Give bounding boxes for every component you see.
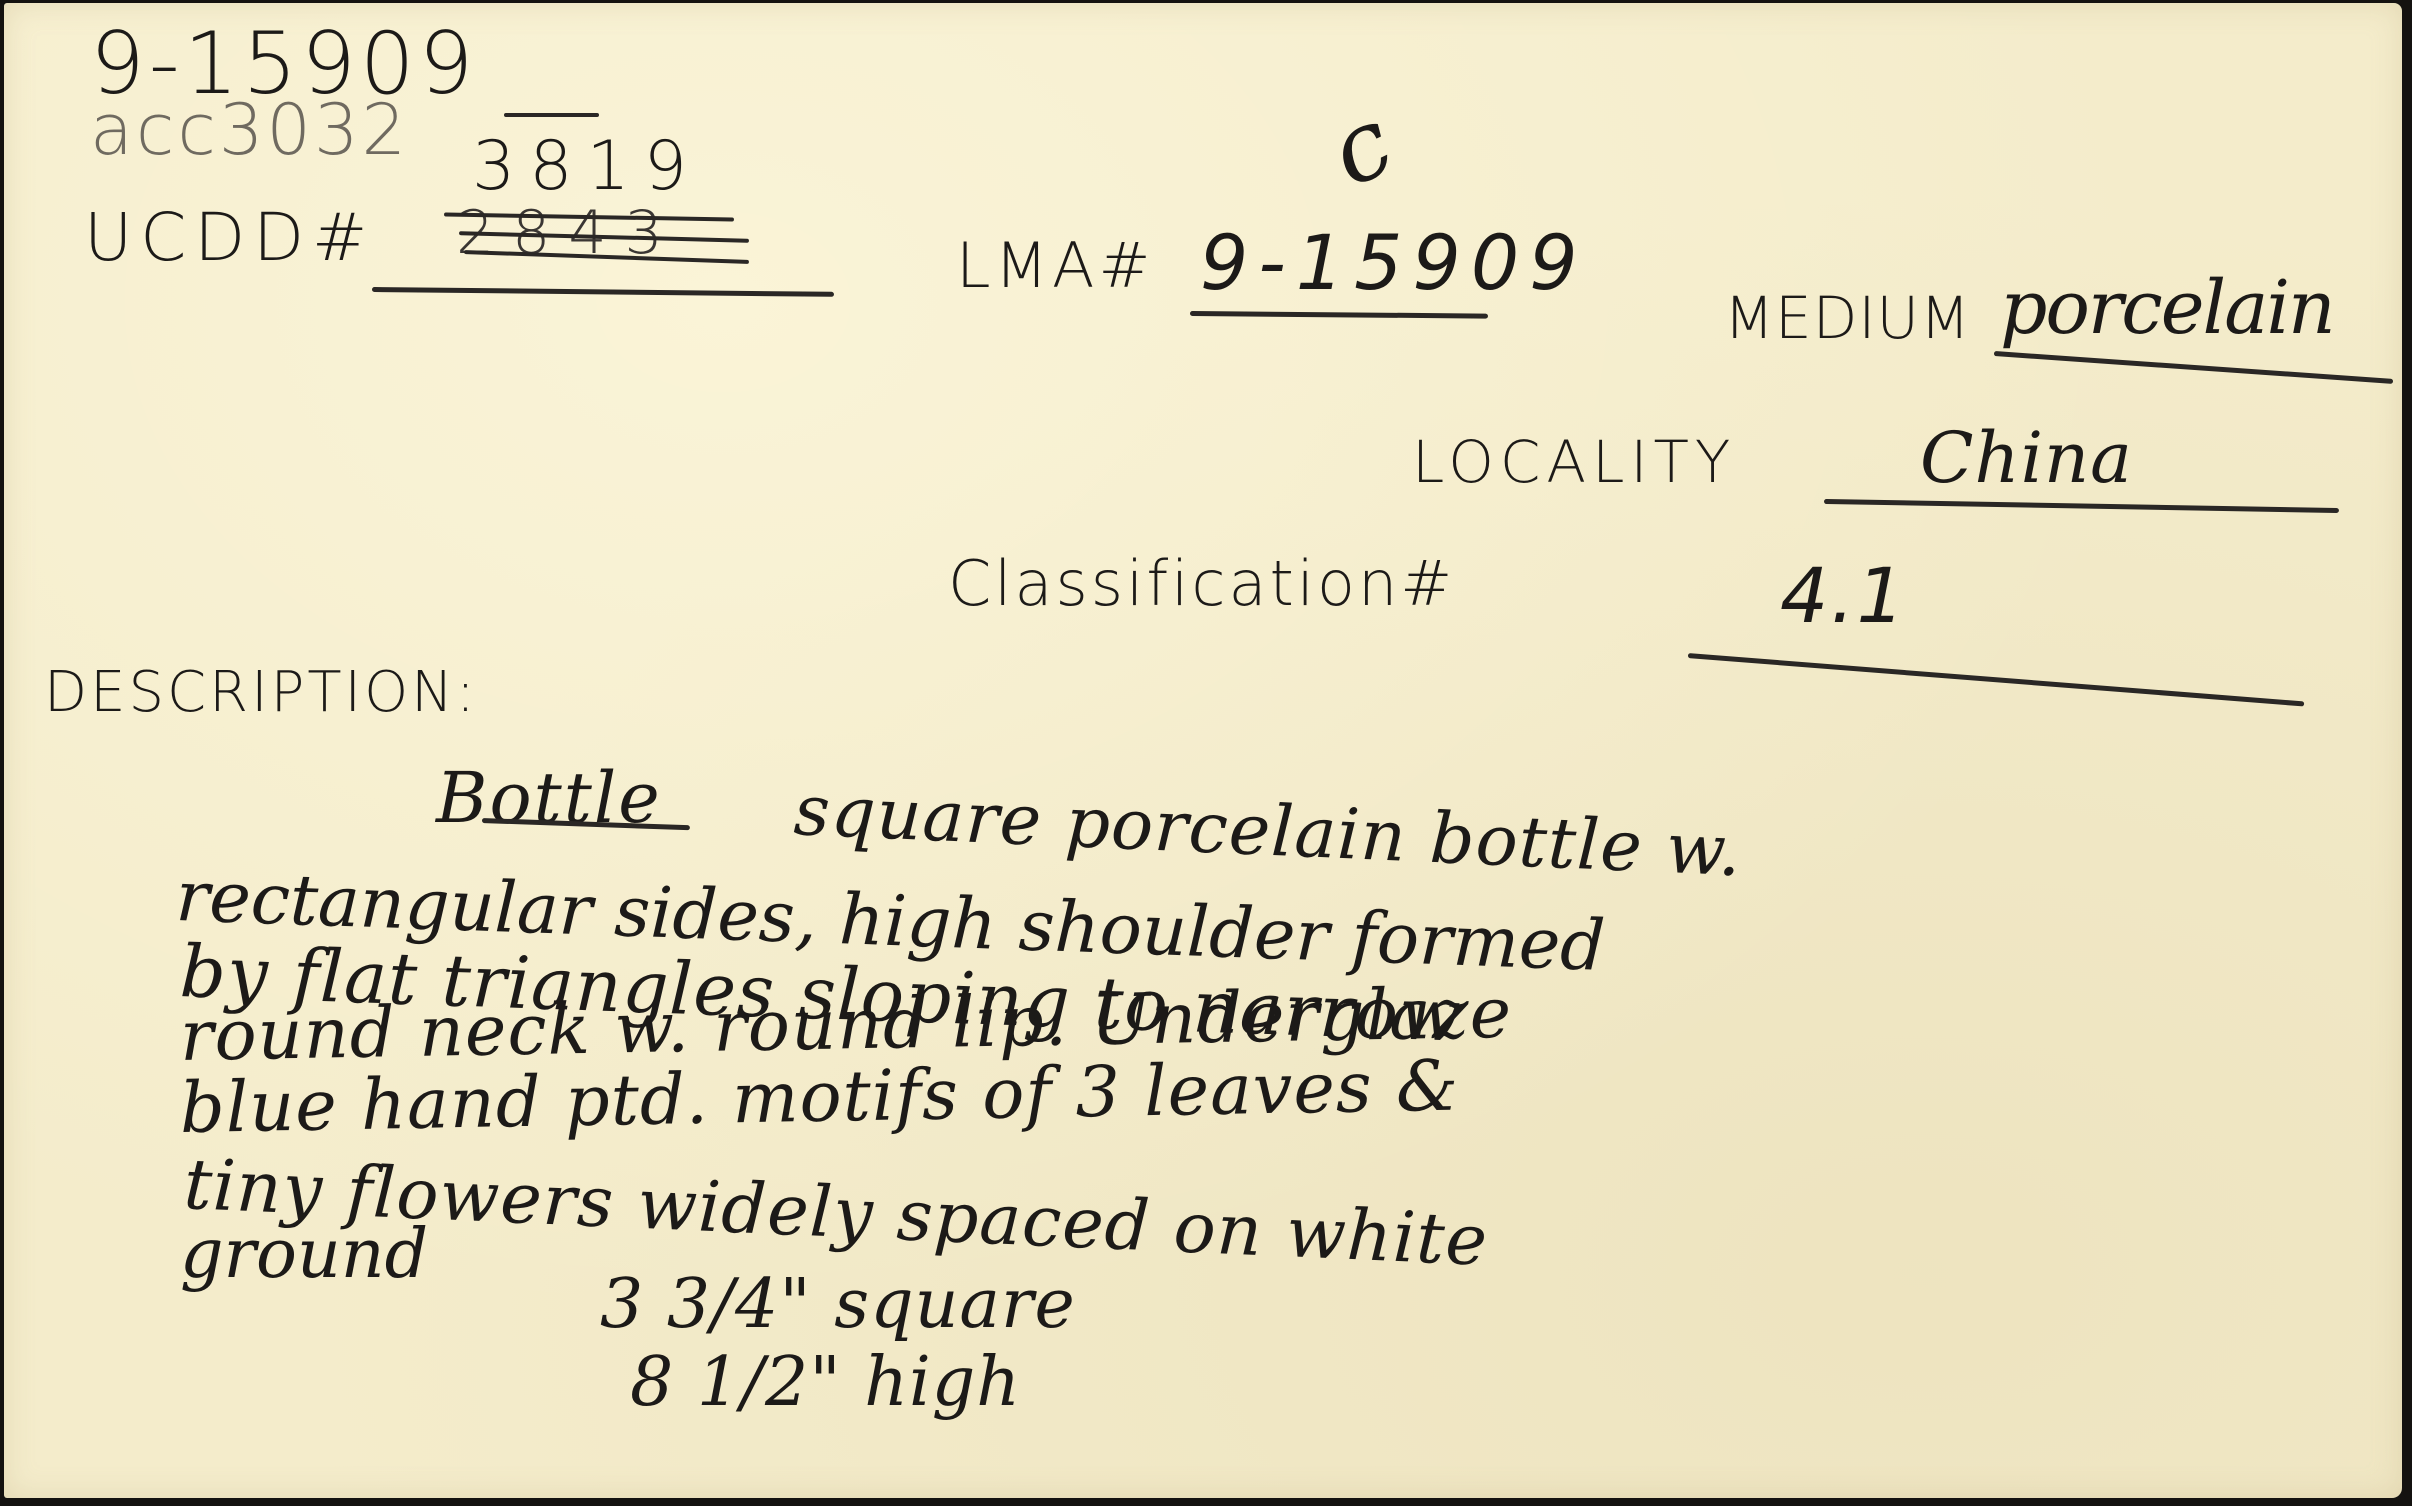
medium-underline	[1994, 351, 2393, 384]
locality-value: China	[1920, 423, 2133, 493]
classification-label: Classification#	[948, 553, 1455, 615]
locality-underline	[1824, 499, 2339, 513]
ucdd-underline	[372, 287, 834, 297]
accession-strikethrough	[504, 113, 599, 117]
locality-label: LOCALITY	[1412, 433, 1736, 491]
ucdd-value: 3819	[472, 133, 701, 201]
lma-label: LMA#	[956, 235, 1154, 297]
description-line: blue hand ptd. motifs of 3 leaves &	[179, 1051, 1459, 1143]
classification-value: 4.1	[1780, 558, 1907, 634]
description-line: ground	[180, 1221, 428, 1289]
classification-underline	[1688, 653, 2304, 706]
description-label: DESCRIPTION:	[44, 665, 478, 721]
catalog-card: 9-15909 acc3032 3819 UCDD# 2843 c LMA# 9…	[4, 3, 2402, 1498]
ucdd-label: UCDD#	[84, 205, 375, 271]
dimension-square: 3 3/4" square	[600, 1271, 1076, 1339]
lma-value: 9-15909	[1200, 225, 1588, 301]
lma-underline	[1190, 311, 1488, 319]
description-line: square porcelain bottle w.	[792, 775, 1743, 886]
accession-number: acc3032	[90, 95, 409, 165]
medium-value: porcelain	[2000, 271, 2334, 345]
dimension-height: 8 1/2" high	[630, 1349, 1021, 1417]
medium-label: MEDIUM	[1724, 289, 1971, 347]
check-mark: c	[1316, 92, 1405, 202]
